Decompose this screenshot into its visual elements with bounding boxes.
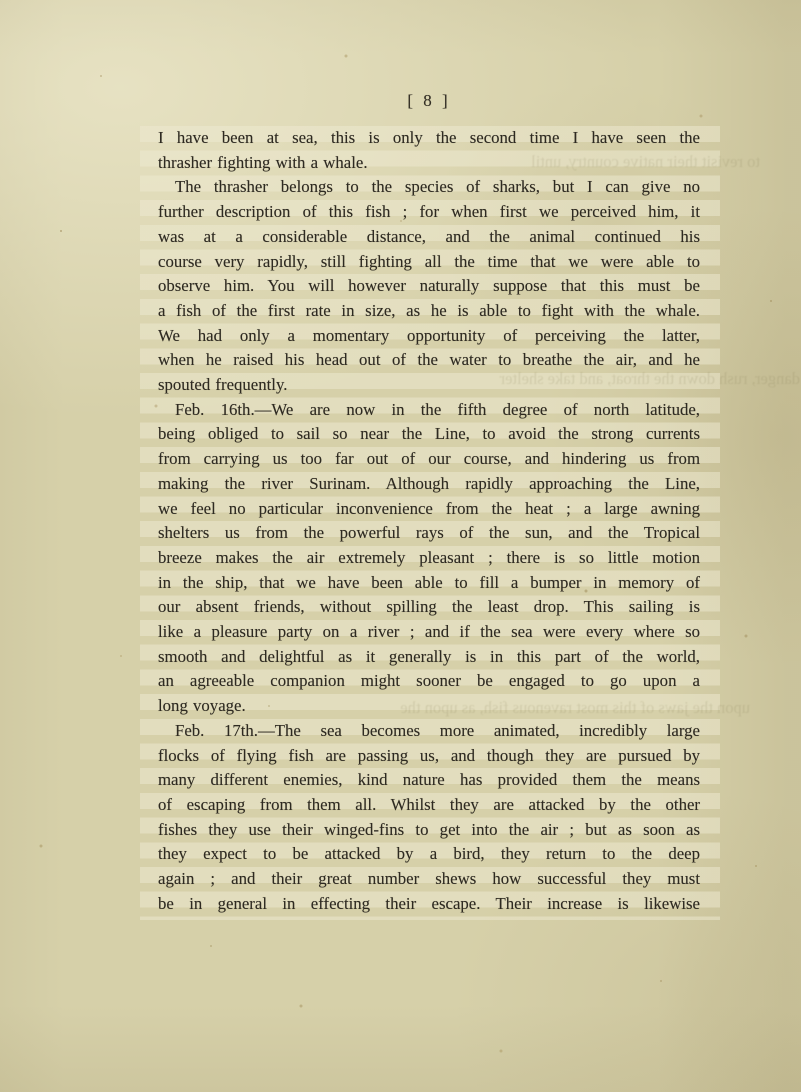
text-line: I have been at sea, this is only the sec…	[158, 126, 700, 151]
text-line: again ; and their great number shews how…	[158, 867, 700, 892]
text-line: course very rapidly, still fighting all …	[158, 250, 700, 275]
paragraph: Feb. 16th.—We are now in the fifth degre…	[158, 398, 700, 719]
text-line: observe him. You will however naturally …	[158, 274, 700, 299]
text-line: fishes they use their winged-fins to get…	[158, 818, 700, 843]
text-line: Feb. 17th.—The sea becomes more animated…	[158, 719, 700, 744]
page-body: I have been at sea, this is only the sec…	[158, 126, 700, 917]
text-line: was at a considerable distance, and the …	[158, 225, 700, 250]
text-line: a fish of the first rate in size, as he …	[158, 299, 700, 324]
text-line: of escaping from them all. Whilst they a…	[158, 793, 700, 818]
paragraph: I have been at sea, this is only the sec…	[158, 126, 700, 175]
text-line: making the river Surinam. Although rapid…	[158, 472, 700, 497]
text-line: our absent friends, without spilling the…	[158, 595, 700, 620]
text-line: Feb. 16th.—We are now in the fifth degre…	[158, 398, 700, 423]
text-line: be in general in effecting their escape.…	[158, 892, 700, 917]
text-line: spouted frequently.	[158, 373, 700, 398]
foxing-speckles	[60, 230, 62, 232]
text-line: they expect to be attacked by a bird, th…	[158, 842, 700, 867]
text-line: like a pleasure party on a river ; and i…	[158, 620, 700, 645]
text-line: from carrying us too far out of our cour…	[158, 447, 700, 472]
paragraph: Feb. 17th.—The sea becomes more animated…	[158, 719, 700, 917]
book-page-scan: to revisit their native country, untilda…	[0, 0, 801, 1092]
text-line: being obliged to sail so near the Line, …	[158, 422, 700, 447]
text-line: an agreeable companion might sooner be e…	[158, 669, 700, 694]
text-line: flocks of flying fish are passing us, an…	[158, 744, 700, 769]
page-content: [ 8 ] I have been at sea, this is only t…	[158, 0, 700, 917]
text-line: The thrasher belongs to the species of s…	[158, 175, 700, 200]
text-line: many different enemies, kind nature has …	[158, 768, 700, 793]
text-line: long voyage.	[158, 694, 700, 719]
text-line: when he raised his head out of the water…	[158, 348, 700, 373]
text-line: we feel no particular inconvenience from…	[158, 497, 700, 522]
text-line: breeze makes the air extremely pleasant …	[158, 546, 700, 571]
text-line: thrasher fighting with a whale.	[158, 151, 700, 176]
text-line: We had only a momentary opportunity of p…	[158, 324, 700, 349]
text-line: in the ship, that we have been able to f…	[158, 571, 700, 596]
page-number: [ 8 ]	[158, 88, 700, 113]
text-line: smooth and delightful as it generally is…	[158, 645, 700, 670]
text-line: further description of this fish ; for w…	[158, 200, 700, 225]
text-line: shelters us from the powerful rays of th…	[158, 521, 700, 546]
paragraph: The thrasher belongs to the species of s…	[158, 175, 700, 397]
